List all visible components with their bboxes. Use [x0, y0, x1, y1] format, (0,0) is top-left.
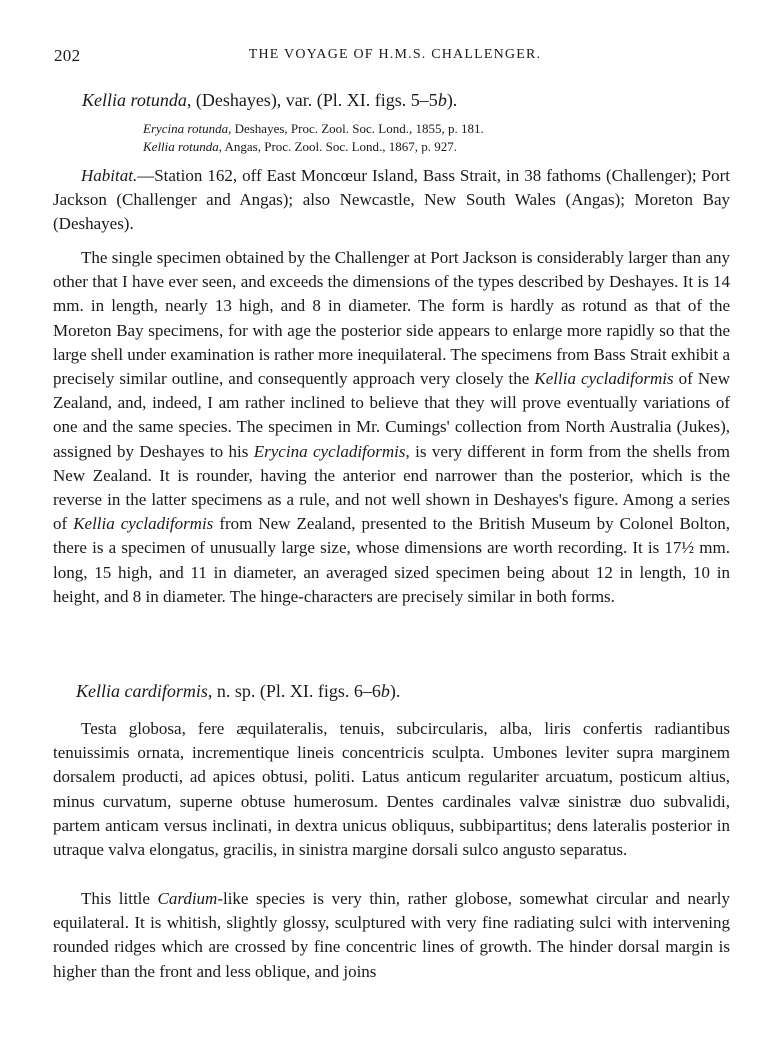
species-name: Erycina cycladiformis: [254, 442, 406, 461]
figure-letter: b: [381, 681, 390, 701]
body-text: This little: [81, 889, 158, 908]
synonym-entry: Erycina rotunda, Deshayes, Proc. Zool. S…: [143, 120, 730, 138]
heading-text: , (Deshayes), var. (Pl. XI. figs. 5–5: [187, 90, 438, 110]
synonym-reference: , Angas, Proc. Zool. Soc. Lond., 1867, p…: [219, 139, 457, 154]
species-name: Kellia cycladiformis: [73, 514, 213, 533]
synonym-entry: Kellia rotunda, Angas, Proc. Zool. Soc. …: [143, 138, 730, 156]
heading-close: ).: [447, 90, 458, 110]
body-text: The single specimen obtained by the Chal…: [53, 248, 730, 388]
synonym-name: Erycina rotunda: [143, 121, 228, 136]
description-paragraph: The single specimen obtained by the Chal…: [53, 246, 730, 609]
habitat-text: —Station 162, off East Moncœur Island, B…: [53, 166, 730, 233]
english-description-paragraph: This little Cardium-like species is very…: [53, 887, 730, 984]
species-name: Kellia cycladiformis: [534, 369, 673, 388]
synonym-name: Kellia rotunda: [143, 139, 219, 154]
species-name: Kellia rotunda: [82, 90, 187, 110]
species-heading-kellia-rotunda: Kellia rotunda, (Deshayes), var. (Pl. XI…: [82, 89, 759, 111]
heading-text: , n. sp. (Pl. XI. figs. 6–6: [208, 681, 381, 701]
synonymy-list: Erycina rotunda, Deshayes, Proc. Zool. S…: [53, 120, 730, 156]
book-page: 202 THE VOYAGE OF H.M.S. CHALLENGER. Kel…: [0, 0, 776, 1050]
synonym-reference: , Deshayes, Proc. Zool. Soc. Lond., 1855…: [228, 121, 484, 136]
heading-close: ).: [390, 681, 401, 701]
habitat-label: Habitat.: [81, 166, 137, 185]
running-title: THE VOYAGE OF H.M.S. CHALLENGER.: [54, 47, 726, 63]
genus-name: Cardium: [158, 889, 218, 908]
species-heading-kellia-cardiformis: Kellia cardiformis, n. sp. (Pl. XI. figs…: [76, 680, 753, 702]
latin-diagnosis-paragraph: Testa globosa, fere æquilateralis, tenui…: [53, 717, 730, 862]
latin-diagnosis: Testa globosa, fere æquilateralis, tenui…: [53, 717, 730, 862]
habitat-paragraph: Habitat.—Station 162, off East Moncœur I…: [53, 164, 730, 237]
species-name: Kellia cardiformis: [76, 681, 208, 701]
page-header: 202 THE VOYAGE OF H.M.S. CHALLENGER.: [54, 46, 726, 70]
figure-letter: b: [438, 90, 447, 110]
